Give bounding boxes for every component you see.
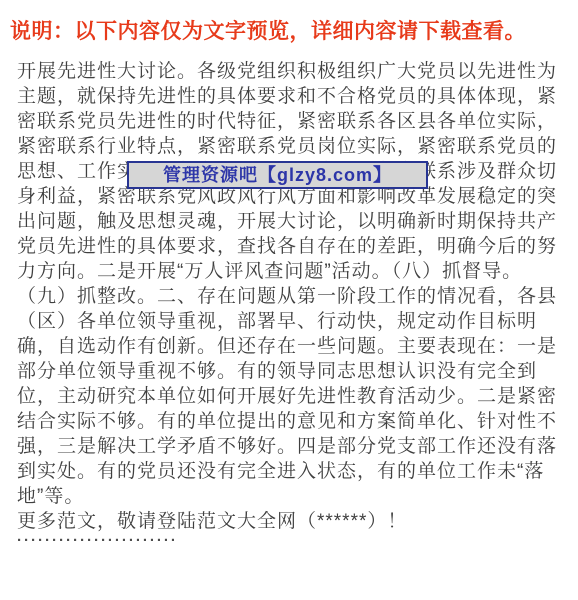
document-body-text: 开展先进性大讨论。各级党组织积极组织广大党员以先进性为 主题，就保持先进性的具体… [17, 59, 565, 509]
watermark-stamp: 管理资源吧【glzy8.com】 [127, 161, 428, 189]
document-preview-page: 说明：以下内容仅为文字预览，详细内容请下载查看。 开展先进性大讨论。各级党组织积… [0, 0, 578, 600]
preview-notice: 说明：以下内容仅为文字预览，详细内容请下载查看。 [10, 15, 526, 45]
footer-dots: ······················· [17, 531, 178, 551]
